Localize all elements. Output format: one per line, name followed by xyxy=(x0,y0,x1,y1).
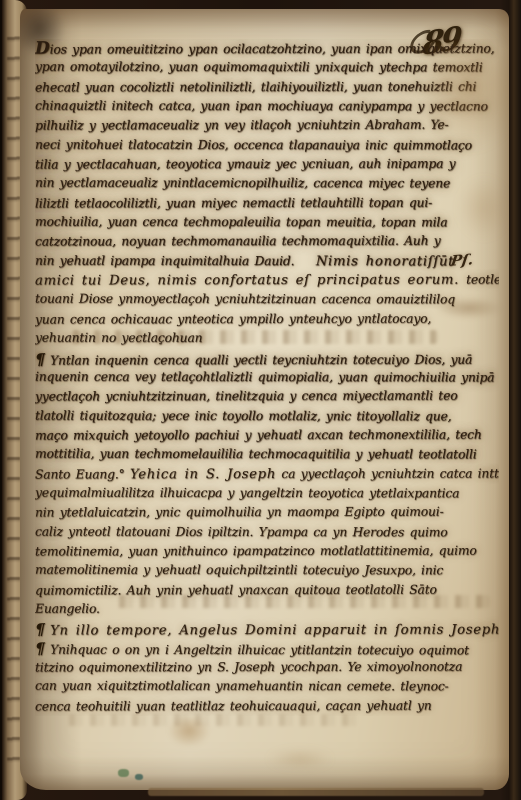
text-line: maço mixquich yetoyollo pachiui y yehuat… xyxy=(35,425,499,445)
text-line: touani Diose ynmoyectlaçoh ycniuhtzitzin… xyxy=(35,290,499,310)
text-segment: cenca teohuitili yuan teatlitlaz teohuic… xyxy=(35,698,432,713)
foxing-stain xyxy=(168,715,210,747)
text-segment: tilia y yectlacahuan, teoyotica ymauiz y… xyxy=(35,157,455,172)
text-line: amici tui Deus, nimis confortatus eſ pri… xyxy=(35,271,499,291)
text-line: nin yehuatl ipampa inquimitalhuia Dauid.… xyxy=(35,251,499,271)
text-line: tlatolli tiquitozquia; yece inic toyollo… xyxy=(35,406,499,426)
text-line: mochiuilia, yuan cenca techmopaleuilia t… xyxy=(35,213,499,233)
photo-backdrop-edge xyxy=(509,0,521,800)
text-segment: yuan cenca ochicauac ynteotica ympillo y… xyxy=(35,311,431,326)
text-segment: nin yehuatl ipampa inquimitalhuia Dauid. xyxy=(35,253,316,267)
text-segment: nin yectlamaceualiz ynintlacemicnopilhui… xyxy=(35,176,450,191)
text-segment: yyectlaçoh ycniuhtzitzinuan, tinelitzqui… xyxy=(35,389,457,404)
text-line: yehuantin no yectlaçohuan xyxy=(35,329,499,349)
text-segment: yequimalmiualilitza ilhuicacpa y yangelt… xyxy=(35,486,459,501)
text-line: nin ytetlaluicatzin, ynic quimolhuilia y… xyxy=(35,503,499,523)
page-stack-edge xyxy=(148,788,484,796)
text-segment: ca yyectlaçoh ycniuhtzin catca intt.° D. xyxy=(276,466,499,481)
text-block: Dios ypan omeuititzino ypan ocilacatzoht… xyxy=(35,39,499,716)
text-line: neci ynitohuei tlatocatzin Dios, occenca… xyxy=(35,135,499,155)
text-segment: Yntlan inquenin cenca qualli yectli teyc… xyxy=(45,352,473,367)
text-line: quimomictiliz. Auh ynin yehuatl ynaxcan … xyxy=(35,580,499,600)
text-segment: neci ynitohuei tlatocatzin Dios, occenca… xyxy=(35,137,472,152)
foxing-stain xyxy=(458,177,509,239)
text-segment: ¶ xyxy=(35,638,45,657)
text-segment: ypan omotayilotzino, yuan oquimomaquixti… xyxy=(35,60,482,75)
text-segment: catzotzinoua, noyuan techmomanauilia tec… xyxy=(35,234,440,249)
text-line: nin yectlamaceualiz ynintlacemicnopilhui… xyxy=(35,174,499,194)
text-line: ¶ Yntlan inquenin cenca qualli yectli te… xyxy=(35,348,499,368)
text-line: yuan cenca ochicauac ynteotica ympillo y… xyxy=(35,309,499,329)
text-segment: ¶ xyxy=(35,349,45,368)
text-line: Euangelio. xyxy=(35,600,499,620)
text-segment: can yuan xiquitztimotlalican ynamehuanti… xyxy=(35,679,449,694)
text-segment: yehuantin no yectlaçohuan xyxy=(35,331,202,345)
text-segment: mottitilia, yuan techmomelauililia techm… xyxy=(35,447,477,462)
text-line: temolitinemia, yuan ynithuinco ipampatzi… xyxy=(35,541,499,561)
text-segment: Yehica in S. Joseph xyxy=(130,467,276,482)
text-line: yyectlaçoh ycniuhtzitzinuan, tinelitzqui… xyxy=(35,387,499,407)
text-line: mottitilia, yuan techmomelauililia techm… xyxy=(35,445,499,465)
margin-note-psalm: Pſ. xyxy=(450,251,475,270)
text-segment: Ynihquac o on yn i Angeltzin ilhuicac yt… xyxy=(45,642,469,657)
text-line: yequimalmiualilitza ilhuicacpa y yangelt… xyxy=(35,484,499,504)
text-line: can yuan xiquitztimotlalican ynamehuanti… xyxy=(35,677,499,697)
text-segment: liliztli tetlaocoliliztli, yuan miyec ne… xyxy=(35,195,432,210)
text-line: catzotzinoua, noyuan techmomanauilia tec… xyxy=(35,232,499,252)
ink-stain xyxy=(436,297,502,319)
text-segment: Nimis honoratiſſūt xyxy=(316,254,454,269)
text-segment: amici tui Deus, nimis confortatus eſ pri… xyxy=(35,273,466,289)
text-segment: Yn illo tempore, Angelus Domini apparuit… xyxy=(50,623,499,639)
text-segment: nin ytetlaluicatzin, ynic quimolhuilia y… xyxy=(35,505,444,520)
text-segment: pilhuiliz y yectlamaceualiz yn vey itlaç… xyxy=(35,118,449,133)
text-segment: temolitinemia, yuan ynithuinco ipampatzi… xyxy=(35,543,477,558)
text-segment: matemolitinemia y yehuatl oquichpiltzint… xyxy=(35,563,443,578)
text-line: tilia y yectlacahuan, teoyotica ymauiz y… xyxy=(35,155,499,175)
text-segment: ¶ xyxy=(35,620,45,639)
text-line: inquenin cenca vey tetlaçohtlaliztli qui… xyxy=(35,367,499,387)
fabric-fleck xyxy=(118,769,129,777)
text-line: titzino oquimonextilitzino yn S. Joseph … xyxy=(35,658,499,678)
text-segment: inquenin cenca vey tetlaçohtlaliztli qui… xyxy=(35,369,494,384)
text-segment: titzino oquimonextilitzino yn S. Joseph … xyxy=(35,660,462,675)
text-segment: maço mixquich yetoyollo pachiui y yehuat… xyxy=(35,427,482,442)
manuscript-photo: 89 Dios ypan omeuititzino ypan ocilacatz… xyxy=(0,0,521,800)
text-line: matemolitinemia y yehuatl oquichpiltzint… xyxy=(35,561,499,581)
text-segment: ehecatl yuan cocoliztli netoliniliztli, … xyxy=(35,79,476,94)
text-segment: Euangelio. xyxy=(35,602,100,616)
text-line: cenca teohuitili yuan teatlitlaz teohuic… xyxy=(35,696,499,716)
text-segment: touani Diose ynmoyectlaçoh ycniuhtzitzin… xyxy=(35,292,455,307)
foxing-stain xyxy=(268,751,332,767)
text-line: liliztli tetlaocoliliztli, yuan miyec ne… xyxy=(35,193,499,213)
text-line: caliz ynteotl tlatouani Dios ipiltzin. Y… xyxy=(35,522,499,542)
text-segment: teotle tla xyxy=(466,273,499,287)
text-segment: quimomictiliz. Auh ynin yehuatl ynaxcan … xyxy=(35,582,437,597)
text-line: ¶ Yn illo tempore, Angelus Domini apparu… xyxy=(35,619,499,639)
text-line: Santo Euang.° Yehica in S. Joseph ca yye… xyxy=(35,464,499,484)
manuscript-page: 89 Dios ypan omeuititzino ypan ocilacatz… xyxy=(20,9,509,790)
text-segment: Santo Euang.° xyxy=(35,467,130,481)
text-line: ¶ Ynihquac o on yn i Angeltzin ilhuicac … xyxy=(35,638,499,658)
fabric-fleck xyxy=(135,774,143,780)
text-segment: mochiuilia, yuan cenca techmopaleuilia t… xyxy=(35,215,447,230)
text-segment: tlatolli tiquitozquia; yece inic toyollo… xyxy=(35,408,451,423)
facing-page-text-fragments xyxy=(7,28,20,768)
text-segment: caliz ynteotl tlatouani Dios ipiltzin. Y… xyxy=(35,524,448,539)
